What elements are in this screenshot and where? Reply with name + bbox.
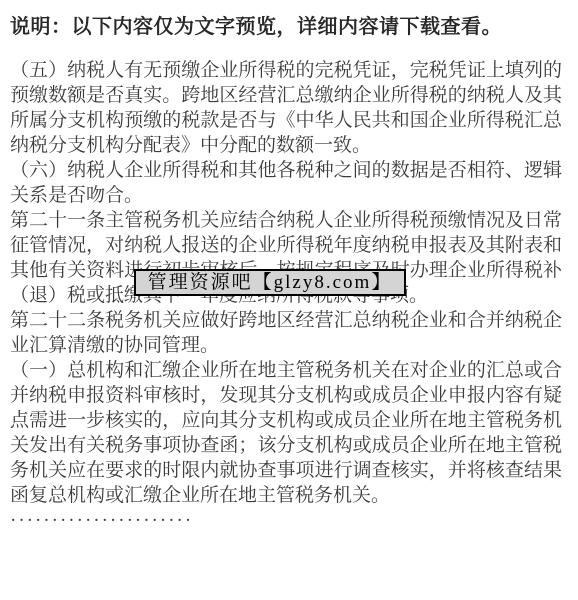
watermark-text: 管理资源吧【glzy8.com】	[148, 271, 393, 294]
document-preview-page: 说明：以下内容仅为文字预览，详细内容请下载查看。 （五）纳税人有无预缴企业所得税…	[0, 0, 578, 600]
paragraph-item-6: （六）纳税人企业所得税和其他各税种之间的数据是否相符、逻辑关系是否吻合。	[10, 158, 562, 208]
paragraph-clause-22-item-1: （一）总机构和汇缴企业所在地主管税务机关在对企业的汇总或合并纳税申报资料审核时，…	[10, 358, 562, 508]
watermark-badge: 管理资源吧【glzy8.com】	[134, 269, 406, 296]
preview-notice: 说明：以下内容仅为文字预览，详细内容请下载查看。	[10, 13, 502, 39]
paragraph-clause-22: 第二十二条税务机关应做好跨地区经营汇总纳税企业和合并纳税企业汇算清缴的协同管理。	[10, 308, 562, 358]
truncation-ellipsis: ······················	[10, 508, 562, 533]
paragraph-item-5: （五）纳税人有无预缴企业所得税的完税凭证，完税凭证上填列的预缴数额是否真实。跨地…	[10, 58, 562, 158]
